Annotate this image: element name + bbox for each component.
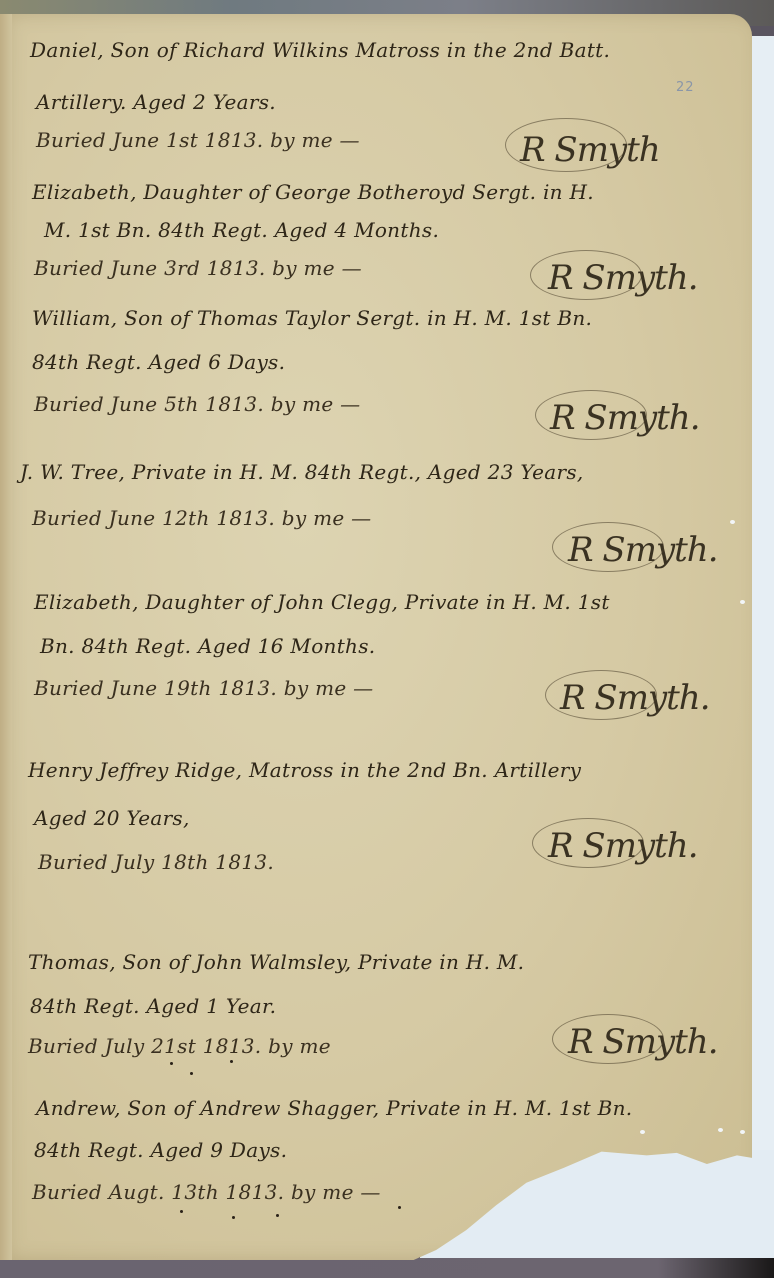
ink-dot xyxy=(180,1210,183,1213)
ink-dot xyxy=(398,1206,401,1209)
entry-6-line-2: Aged 20 Years, xyxy=(34,806,190,830)
signature-flourish xyxy=(532,818,644,868)
entry-5-line-1: Elizabeth, Daughter of John Clegg, Priva… xyxy=(34,590,610,614)
entry-8-burial: Buried Augt. 13th 1813. by me — xyxy=(32,1180,381,1204)
entry-7-burial: Buried July 21st 1813. by me xyxy=(28,1034,331,1058)
entry-8-line-2: 84th Regt. Aged 9 Days. xyxy=(34,1138,287,1162)
ink-dot xyxy=(190,1072,193,1075)
signature-flourish xyxy=(505,118,627,172)
signature-flourish xyxy=(545,670,657,720)
worm-hole xyxy=(740,1130,745,1134)
entry-2-line-1: Elizabeth, Daughter of George Botheroyd … xyxy=(32,180,594,204)
ink-dot xyxy=(230,1060,233,1063)
ink-dot xyxy=(276,1214,279,1217)
signature-flourish xyxy=(530,250,642,300)
entry-3-burial: Buried June 5th 1813. by me — xyxy=(34,392,360,416)
signature-flourish xyxy=(535,390,647,440)
worm-hole xyxy=(718,1128,723,1132)
worm-hole xyxy=(730,520,735,524)
entry-6-line-1: Henry Jeffrey Ridge, Matross in the 2nd … xyxy=(28,758,581,782)
entry-1-line-1: Daniel, Son of Richard Wilkins Matross i… xyxy=(30,38,610,62)
entry-5-burial: Buried June 19th 1813. by me — xyxy=(34,676,373,700)
binding-gutter xyxy=(0,14,12,1260)
entry-1-line-2: Artillery. Aged 2 Years. xyxy=(36,90,276,114)
worm-hole xyxy=(740,600,745,604)
page-number: 22 xyxy=(676,80,695,95)
backdrop-bottom xyxy=(0,1258,774,1278)
entry-2-burial: Buried June 3rd 1813. by me — xyxy=(34,256,362,280)
entry-6-burial: Buried July 18th 1813. xyxy=(38,850,274,874)
ink-dot xyxy=(170,1062,173,1065)
entry-4-burial: Buried June 12th 1813. by me — xyxy=(32,506,371,530)
ink-dot xyxy=(232,1216,235,1219)
entry-3-line-2: 84th Regt. Aged 6 Days. xyxy=(32,350,285,374)
entry-5-line-2: Bn. 84th Regt. Aged 16 Months. xyxy=(40,634,375,658)
entry-7-line-1: Thomas, Son of John Walmsley, Private in… xyxy=(28,950,524,974)
entry-3-line-1: William, Son of Thomas Taylor Sergt. in … xyxy=(32,306,592,330)
entry-2-line-2: M. 1st Bn. 84th Regt. Aged 4 Months. xyxy=(44,218,439,242)
worm-hole xyxy=(640,1130,645,1134)
entry-7-line-2: 84th Regt. Aged 1 Year. xyxy=(30,994,276,1018)
signature-flourish xyxy=(552,1014,664,1064)
signature-flourish xyxy=(552,522,664,572)
entry-8-line-1: Andrew, Son of Andrew Shagger, Private i… xyxy=(36,1096,632,1120)
entry-4-line-1: J. W. Tree, Private in H. M. 84th Regt.,… xyxy=(20,460,584,484)
entry-1-burial: Buried June 1st 1813. by me — xyxy=(36,128,360,152)
